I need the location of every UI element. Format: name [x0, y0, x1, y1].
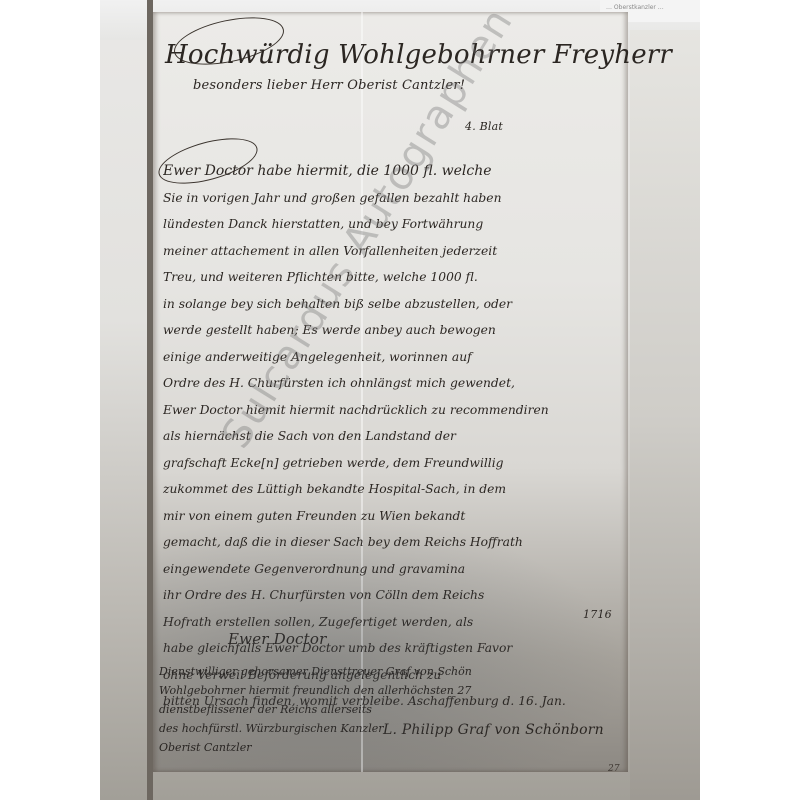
body-line: bitten Ursach finden, womit verbleibe. A…: [163, 688, 623, 715]
postscript-line: Dienstwilliger gehorsamer Diensttreuer G…: [159, 662, 629, 681]
frame-mat-right: [630, 30, 700, 800]
postscript-line: dienstbeflissener der Reichs allerseits: [159, 700, 629, 719]
body-line: ihr Ordre des H. Churfürsten von Cölln d…: [163, 582, 623, 609]
folio-note: 4. Blat: [465, 120, 503, 133]
body-line: grafschaft Ecke[n] getrieben werde, dem …: [163, 450, 623, 477]
closing-phrase: Ewer Doctor: [228, 630, 327, 648]
body-line: einige anderweitige Angelegenheit, worin…: [163, 344, 623, 371]
body-line: werde gestellt haben; Es werde anbey auc…: [163, 317, 623, 344]
postscript-line: des hochfürstl. Würzburgischen Kanzler: [159, 719, 629, 738]
body-line: gemacht, daß die in dieser Sach bey dem …: [163, 529, 623, 556]
postscript-block: Dienstwilliger gehorsamer Diensttreuer G…: [159, 662, 629, 757]
body-line: meiner attachement in allen Vorfallenhei…: [163, 238, 623, 265]
salutation-line-2: besonders lieber Herr Oberist Cantzler!: [193, 78, 465, 93]
signature: L. Philipp Graf von Schönborn: [383, 722, 604, 738]
framed-letter-photo: … Oberstkanzler … Hochwürdig Wohlgebohrn…: [100, 0, 700, 800]
body-line: Ordre des H. Churfürsten ich ohnlängst m…: [163, 370, 623, 397]
manuscript-page: Hochwürdig Wohlgebohrner Freyherr besond…: [153, 12, 628, 772]
body-line: ohne Verweil Beförderung angelegentlich …: [163, 662, 623, 689]
postscript-line: Wohlgebohrner hiermit freundlich den all…: [159, 681, 629, 700]
page-number: 27: [608, 764, 620, 774]
date-year: 1716: [583, 608, 612, 621]
body-line: habe gleichfalls Ewer Doctor umb des krä…: [163, 635, 623, 662]
body-line: mir von einem guten Freunden zu Wien bek…: [163, 503, 623, 530]
body-line: in solange bey sich behalten biß selbe a…: [163, 291, 623, 318]
body-line: Treu, und weiteren Pflichten bitte, welc…: [163, 264, 623, 291]
postscript-line: Oberist Cantzler: [159, 738, 629, 757]
body-line: zukommet des Lüttigh bekandte Hospital-S…: [163, 476, 623, 503]
body-line: Hofrath erstellen sollen, Zugefertiget w…: [163, 609, 623, 636]
body-line: eingewendete Gegenverordnung und gravami…: [163, 556, 623, 583]
salutation-line-1: Hochwürdig Wohlgebohrner Freyherr: [165, 40, 672, 70]
